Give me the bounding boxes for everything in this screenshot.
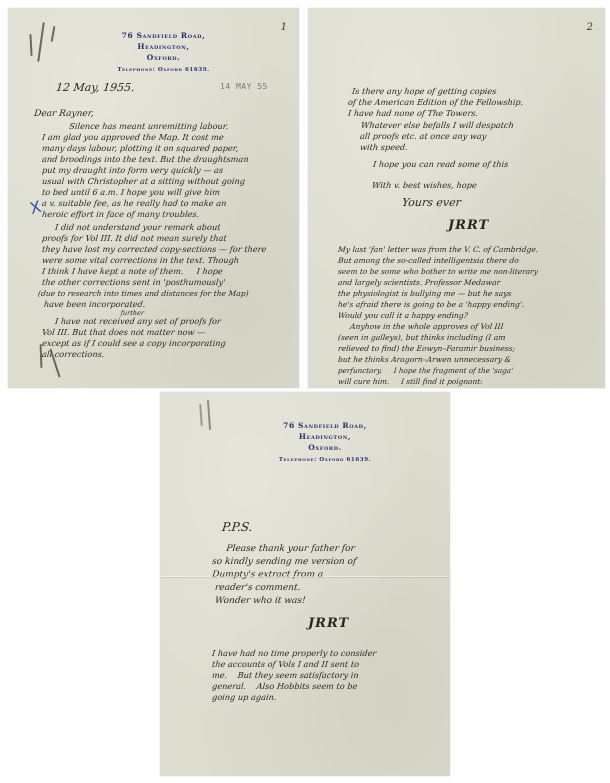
body-line: usual with Christopher at a sitting with… [41,176,245,187]
body-line: Vol III. But that does not matter now — [41,327,205,338]
postscript-line: My last 'fan' letter was from the V. C. … [337,244,538,255]
body-line: I hope you can read some of this [359,159,508,170]
received-date-stamp: 14 MAY 55 [220,82,268,91]
body-line: they have lost my corrected copy-section… [41,244,267,255]
letterhead-address-line-3: Oxford. [28,52,299,63]
note-line: I have had no time properly to consider [211,648,377,659]
postscript-line: (seen in galleys), but thinks including … [337,332,506,343]
page-number: 2 [587,22,593,33]
postscript-line: But among the so-called intelligentsia t… [337,255,519,266]
note-line: me. But they seem satisfactory in [211,670,359,681]
postscript-line: seem to be some who bother to write me n… [337,266,538,277]
letter-page-1: 1 76 Sandfield Road, Headington, Oxford.… [8,8,299,388]
body-line: (due to research into times and distance… [37,288,249,299]
body-line: to bed until 6 a.m. I hope you will give… [41,187,220,198]
postscript-line: the physiologist is bullying me — but he… [337,288,512,299]
letter-page-2: 2 Is there any hope of getting copies of… [308,8,605,388]
body-line: and broodings into the text. But the dra… [41,154,249,165]
signature: JRRT [308,616,349,631]
postscript-line: will cure him. I still find it poignant: [337,376,483,387]
note-line: the accounts of Vols I and II sent to [211,659,359,670]
signature: JRRT [448,218,489,233]
body-line: reader's comment. [211,583,301,594]
letterhead: 76 Sandfield Road, Headington, Oxford. T… [160,420,450,466]
postscript-line: relieved to find) the Eowyn–Faramir busi… [337,343,515,354]
body-line: Silence has meant unremitting labour. [37,121,229,132]
body-line: many days labour, plotting it on squared… [41,143,238,154]
body-line: were some vital corrections in the text.… [41,255,239,266]
letterhead-telephone: Telephone: Oxford 61639. [28,64,299,76]
body-line: With v. best wishes, hope [371,180,477,191]
pps-heading: P.P.S. [221,522,253,533]
letterhead: 76 Sandfield Road, Headington, Oxford. T… [8,30,299,76]
body-line: a v. suitable fee, as he really had to m… [41,198,227,209]
body-line: I have not received any set of proofs fo… [41,316,221,327]
postscript-line: Anyhow in the whole approves of Vol III [337,321,504,332]
letterhead-address-line-2: Headington, [28,41,299,52]
note-line: going up again. [211,692,277,703]
body-line: Please thank your father for [211,544,355,555]
body-line: Whatever else befalls I will despatch [347,120,514,131]
note-line: general. Also Hobbits seem to be [211,681,358,692]
postscript-line: Would you call it a happy ending? [337,310,468,321]
body-line: I did not understand your remark about [41,222,221,233]
body-line: I am glad you approved the Map. It cost … [41,132,224,143]
body-line: with speed. [359,142,408,153]
body-line: proofs for Vol III. It did not mean sure… [41,233,227,244]
body-line: the other corrections sent in 'posthumou… [41,277,226,288]
postscript-line: and largely scientists. Professor Medawa… [337,277,500,288]
letterhead-address-line-2: Headington, [200,431,450,442]
body-line: of the American Edition of the Fellowshi… [347,97,523,108]
body-line: all proofs etc. at once any way [359,131,487,142]
body-line: Wonder who it was! [211,596,306,607]
paper-fold [160,576,450,577]
letterhead-telephone: Telephone: Oxford 61639. [200,454,450,466]
letterhead-address-line-1: 76 Sandfield Road, [200,420,450,431]
letterhead-address-line-1: 76 Sandfield Road, [28,30,299,41]
body-line: except as if I could see a copy incorpor… [41,338,226,349]
letter-page-3: 76 Sandfield Road, Headington, Oxford. T… [160,392,450,776]
letter-date: 12 May, 1955. [55,82,135,93]
postscript-line: he's afraid there is going to be a 'happ… [337,299,525,310]
closing: Yours ever [359,197,461,208]
body-line: so kindly sending me version of [211,557,356,568]
body-line: Is there any hope of getting copies [351,86,497,97]
postscript-line: but he thinks Aragorn–Arwen unnecessary … [337,354,512,365]
letterhead-address-line-3: Oxford. [200,442,450,453]
body-line: put my draught into form very quickly — … [41,165,223,176]
postscript-line: an allegory of naked hope. I hope you do… [337,387,510,388]
postscript-line: perfunctory. I hope the fragment of the … [337,365,513,376]
body-line: heroic effort in face of many troubles. [41,209,199,220]
body-line: I have had none of The Towers. [347,108,478,119]
salutation: Dear Rayner, [33,109,94,120]
body-line: I think I have kept a note of them. I ho… [41,266,223,277]
